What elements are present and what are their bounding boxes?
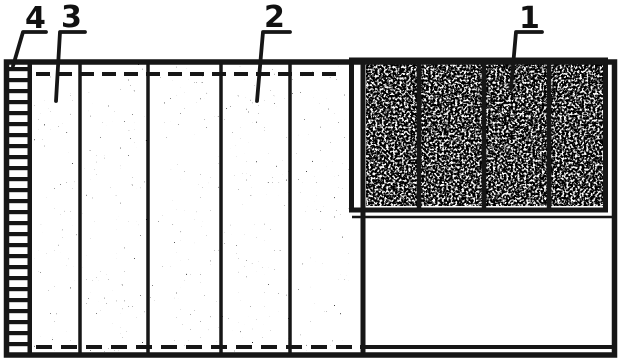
ladder-strip-right-edge — [28, 62, 33, 354]
callout-2: 2 — [264, 0, 285, 35]
callout-1: 1 — [519, 1, 540, 36]
technical-drawing: 4 3 2 1 — [0, 0, 621, 363]
callout-4: 4 — [25, 1, 46, 36]
drawing-canvas: 4 3 2 1 — [0, 0, 621, 363]
callout-3: 3 — [61, 0, 82, 35]
ladder-hatch-strip — [9, 64, 28, 354]
